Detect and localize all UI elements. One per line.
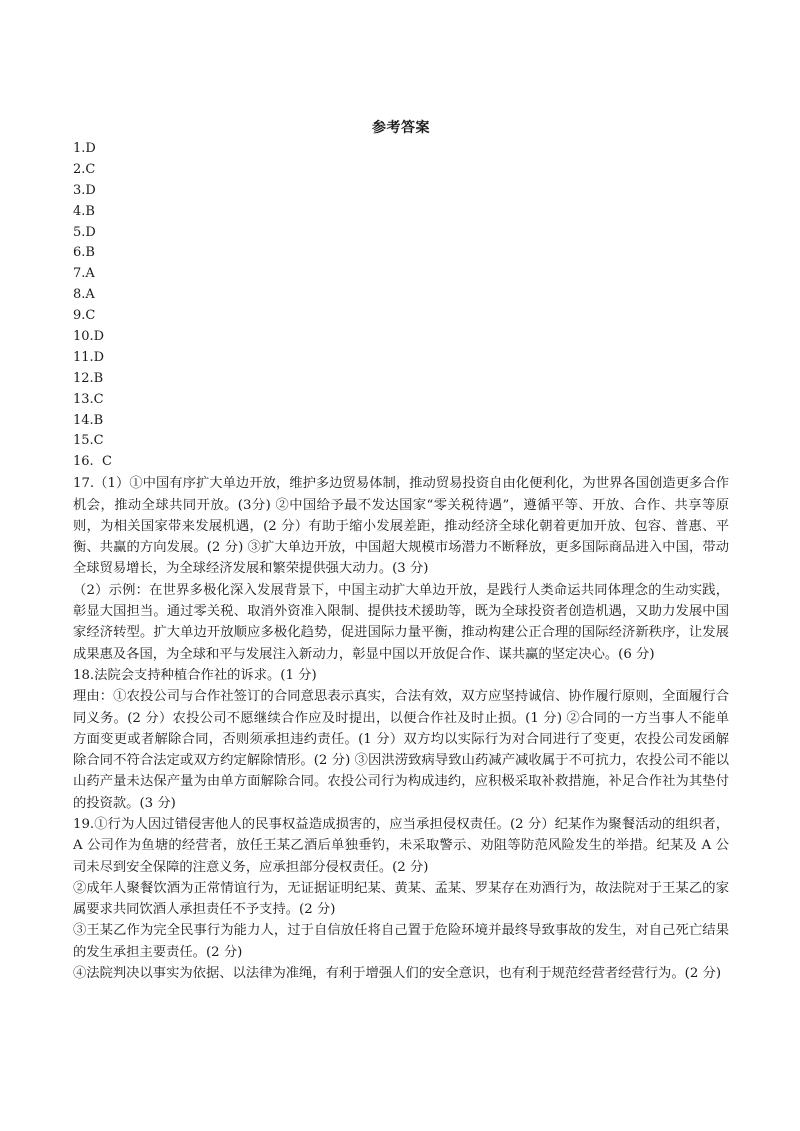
q19-point4: ④法院判决以事实为依据、以法律为准绳，有利于增强人们的安全意识，也有利于规范经营… — [73, 963, 729, 984]
choice-answer: 6.B — [73, 243, 729, 264]
choice-answer: 13.C — [73, 390, 729, 411]
q18-reason: 理由：①农投公司与合作社签订的合同意思表示真实，合法有效，双方应坚持诚信、协作履… — [73, 686, 729, 814]
choice-answer: 2.C — [73, 160, 729, 181]
choice-answer: 16. C — [73, 452, 729, 473]
choice-answer: 7.A — [73, 264, 729, 285]
choice-answer: 11.D — [73, 348, 729, 369]
choice-answer: 12.B — [73, 369, 729, 390]
question-19-answer: 19.①行为人因过错侵害他人的民事权益造成损害的，应当承担侵权责任。(2 分）纪… — [73, 814, 729, 984]
q17-part2: （2）示例：在世界多极化深入发展背景下，中国主动扩大单边开放，是践行人类命运共同… — [73, 580, 729, 665]
question-17-answer: 17.（1）①中国有序扩大单边开放，维护多边贸易体制，推动贸易投资自由化便利化，… — [73, 473, 729, 665]
q19-point3: ③王某乙作为完全民事行为能力人，过于自信放任将自己置于危险环境并最终导致事故的发… — [73, 920, 729, 963]
page-title: 参考答案 — [73, 117, 729, 139]
choice-answer: 1.D — [73, 139, 729, 160]
q19-point2: ②成年人聚餐饮酒为正常情谊行为，无证据证明纪某、黄某、孟某、罗某存在劝酒行为，故… — [73, 878, 729, 921]
question-18-answer: 18.法院会支持种植合作社的诉求。(1 分) 理由：①农投公司与合作社签订的合同… — [73, 665, 729, 814]
choice-answer: 3.D — [73, 181, 729, 202]
q18-verdict: 18.法院会支持种植合作社的诉求。(1 分) — [73, 665, 729, 686]
choice-answer: 8.A — [73, 285, 729, 306]
choice-answer: 14.B — [73, 411, 729, 432]
q17-part1: 17.（1）①中国有序扩大单边开放，维护多边贸易体制，推动贸易投资自由化便利化，… — [73, 473, 729, 579]
answer-document: 参考答案 1.D 2.C 3.D 4.B 5.D 6.B 7.A 8.A 9.C… — [73, 117, 729, 984]
choice-answer: 15.C — [73, 431, 729, 452]
choice-answer: 4.B — [73, 202, 729, 223]
choice-answers-list: 1.D 2.C 3.D 4.B 5.D 6.B 7.A 8.A 9.C 10.D… — [73, 139, 729, 473]
q19-point1: 19.①行为人因过错侵害他人的民事权益造成损害的，应当承担侵权责任。(2 分）纪… — [73, 814, 729, 878]
choice-answer: 5.D — [73, 223, 729, 244]
choice-answer: 9.C — [73, 306, 729, 327]
choice-answer: 10.D — [73, 327, 729, 348]
